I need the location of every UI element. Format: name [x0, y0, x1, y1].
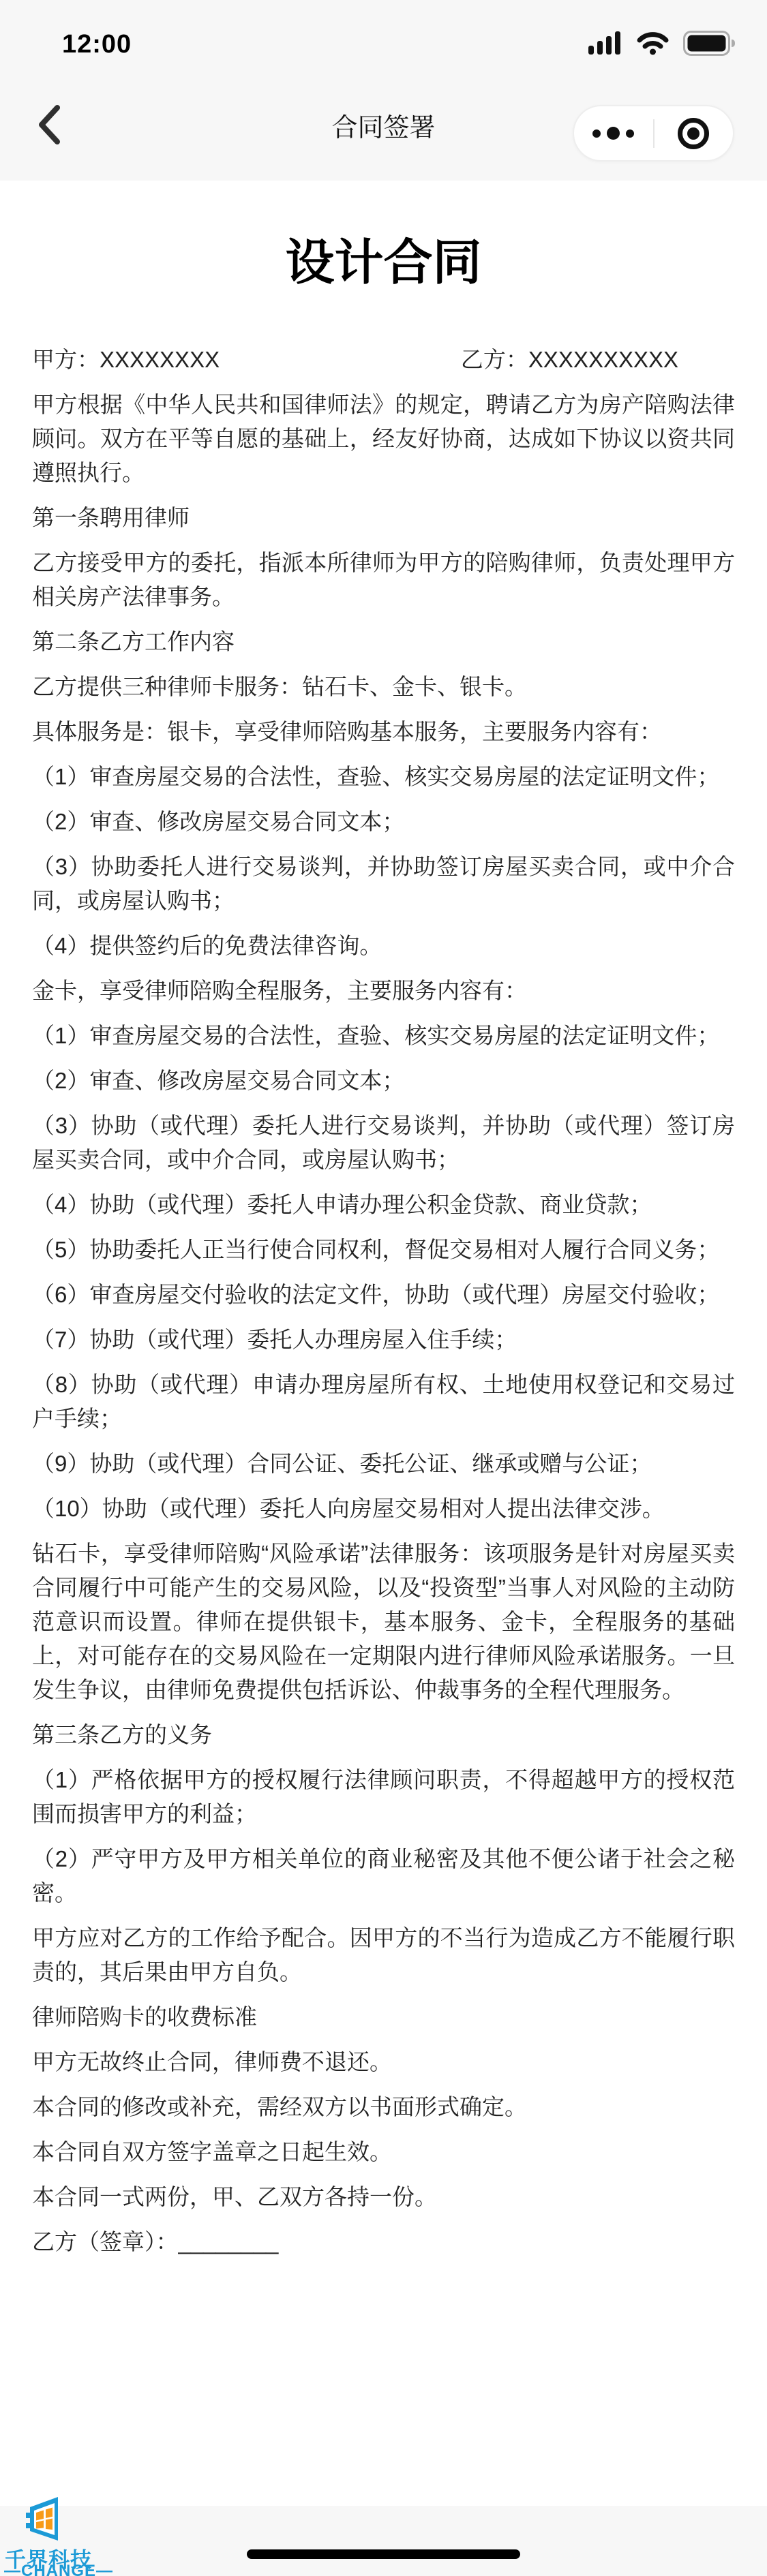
party-row: 甲方：XXXXXXXX 乙方：XXXXXXXXXX [32, 343, 735, 377]
status-time: 12:00 [62, 30, 132, 59]
contract-paragraph: 钻石卡，享受律师陪购“风险承诺”法律服务：该项服务是针对房屋买卖合同履行中可能产… [32, 1537, 735, 1707]
app-header: 12:00 [0, 0, 767, 181]
capsule-target-icon [678, 118, 709, 149]
party-b: 乙方：XXXXXXXXXX [461, 343, 678, 377]
wifi-icon [637, 31, 669, 59]
contract-paragraph: 本合同一式两份，甲、乙双方各持一份。 [32, 2180, 735, 2214]
status-icons [588, 31, 736, 59]
more-button[interactable] [574, 106, 653, 160]
contract-paragraph: 第三条乙方的义务 [32, 1718, 735, 1752]
contract-paragraph: 甲方应对乙方的工作给予配合。因甲方的不当行为造成乙方不能履行职责的，其后果由甲方… [32, 1921, 735, 1989]
contract-paragraph: （2）审查、修改房屋交易合同文本； [32, 1064, 735, 1098]
contract-paragraph: （3）协助委托人进行交易谈判，并协助签订房屋买卖合同，或中介合同，或房屋认购书； [32, 850, 735, 918]
contract-paragraph: 甲方无故终止合同，律师费不退还。 [32, 2045, 735, 2079]
contract-paragraph: 第二条乙方工作内容 [32, 625, 735, 659]
footer-band [0, 2506, 767, 2576]
more-dots-icon [592, 127, 634, 140]
contract-paragraph: （10）协助（或代理）委托人向房屋交易相对人提出法律交涉。 [32, 1492, 735, 1526]
contract-paragraph: 具体服务是：银卡，享受律师陪购基本服务，主要服务内容有： [32, 715, 735, 749]
contract-paragraph: （4）协助（或代理）委托人申请办理公积金贷款、商业贷款； [32, 1188, 735, 1222]
contract-paragraph: （1）严格依据甲方的授权履行法律顾问职责，不得超越甲方的授权范围而损害甲方的利益… [32, 1763, 735, 1831]
signature-line: 乙方（签章）：________ [32, 2225, 735, 2259]
contract-paragraph: 乙方提供三种律师卡服务：钻石卡、金卡、银卡。 [32, 670, 735, 704]
close-minimize-button[interactable] [655, 106, 734, 160]
contract-paragraph: 本合同的修改或补充，需经双方以书面形式确定。 [32, 2090, 735, 2124]
contract-paragraph: 乙方接受甲方的委托，指派本所律师为甲方的陪购律师，负责处理甲方相关房产法律事务。 [32, 546, 735, 614]
contract-paragraph: （4）提供签约后的免费法律咨询。 [32, 929, 735, 963]
contract-paragraph: （2）审查、修改房屋交易合同文本； [32, 805, 735, 839]
contract-paragraph: （5）协助委托人正当行使合同权利，督促交易相对人履行合同义务； [32, 1233, 735, 1267]
brand-subtitle: —CHANGE— [4, 2562, 93, 2576]
nav-bar: 合同签署 [0, 68, 767, 181]
contract-paragraph: 律师陪购卡的收费标准 [32, 2000, 735, 2034]
contract-body: 甲方根据《中华人民共和国律师法》的规定，聘请乙方为房产陪购法律顾问。双方在平等自… [32, 388, 735, 2214]
contract-paragraph: （3）协助（或代理）委托人进行交易谈判，并协助（或代理）签订房屋买卖合同，或中介… [32, 1109, 735, 1177]
contract-paragraph: （6）审查房屋交付验收的法定文件，协助（或代理）房屋交付验收； [32, 1278, 735, 1312]
contract-paragraph: （7）协助（或代理）委托人办理房屋入住手续； [32, 1323, 735, 1357]
contract-scroll-view[interactable]: 设计合同 甲方：XXXXXXXX 乙方：XXXXXXXXXX 甲方根据《中华人民… [0, 181, 767, 2270]
contract-paragraph: 金卡，享受律师陪购全程服务，主要服务内容有： [32, 974, 735, 1008]
contract-paragraph: （1）审查房屋交易的合法性，查验、核实交易房屋的法定证明文件； [32, 760, 735, 794]
contract-paragraph: （1）审查房屋交易的合法性，查验、核实交易房屋的法定证明文件； [32, 1019, 735, 1053]
signal-bars-icon [588, 31, 622, 59]
brand-logo-icon [26, 2496, 61, 2545]
battery-icon [683, 31, 736, 60]
contract-paragraph: （2）严守甲方及甲方相关单位的商业秘密及其他不便公诸于社会之秘密。 [32, 1842, 735, 1910]
contract-paragraph: 第一条聘用律师 [32, 501, 735, 535]
contract-paragraph: 本合同自双方签字盖章之日起生效。 [32, 2135, 735, 2169]
contract-paragraph: （9）协助（或代理）合同公证、委托公证、继承或赠与公证； [32, 1447, 735, 1481]
contract-title: 设计合同 [32, 238, 735, 288]
contract-paragraph: （8）协助（或代理）申请办理房屋所有权、土地使用权登记和交易过户手续； [32, 1368, 735, 1436]
party-a: 甲方：XXXXXXXX [32, 347, 220, 372]
home-indicator[interactable] [247, 2549, 520, 2559]
miniprogram-capsule [573, 105, 734, 162]
contract-paragraph: 甲方根据《中华人民共和国律师法》的规定，聘请乙方为房产陪购法律顾问。双方在平等自… [32, 388, 735, 490]
